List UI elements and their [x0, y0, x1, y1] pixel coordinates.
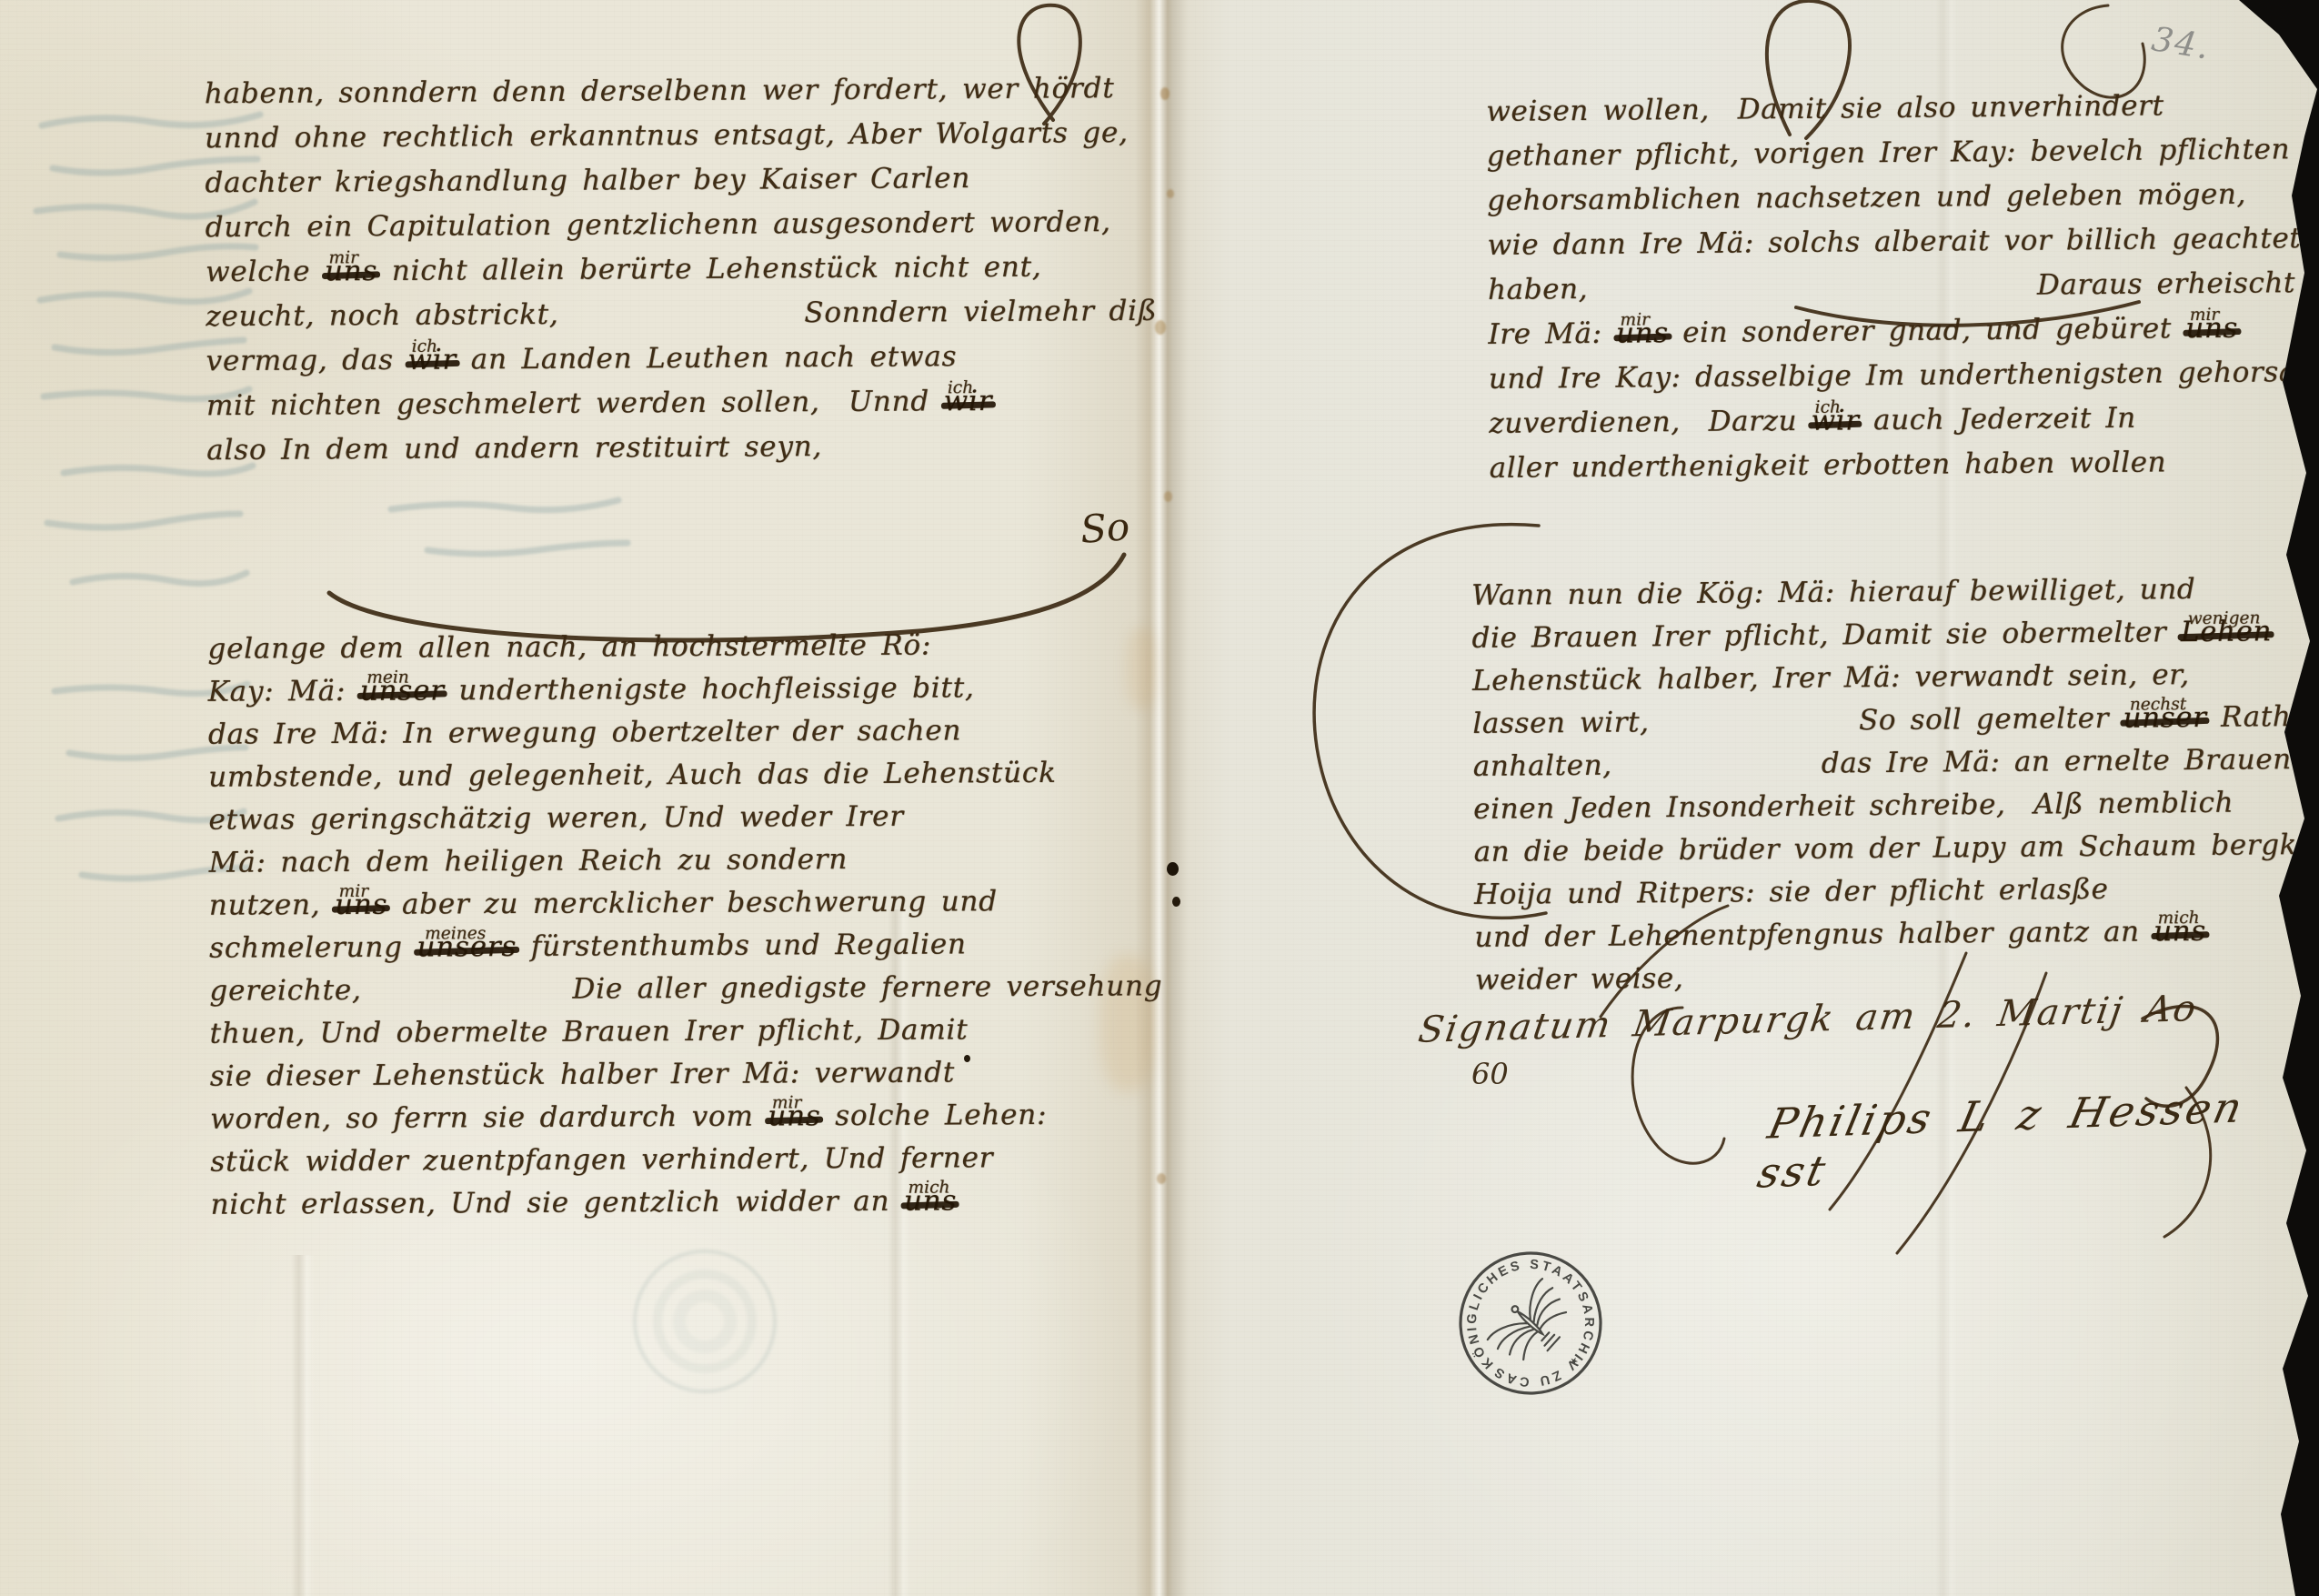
manuscript-line: einen Jeden Insonderheit schreibe, Alß n… [1473, 781, 2292, 831]
foxing-spot [1157, 1173, 1166, 1184]
manuscript-line: Mä: nach dem heiligen Reich zu sondern [209, 837, 1162, 884]
manuscript-text: sie dieser Lehenstück halber Irer Mä: ve… [210, 1051, 955, 1098]
manuscript-text: zeucht, noch abstrickt, [206, 293, 559, 339]
manuscript-text: das Ire Mä: an ernelte Brauen [1822, 738, 2292, 786]
inserted-word: ich [411, 325, 437, 369]
bleed-through-text [0, 0, 2319, 1596]
manuscript-text: thuen, Und obermelte Brauen Irer pflicht… [209, 1009, 968, 1055]
manuscript-text: dachter kriegshandlung halber bey Kaiser… [205, 156, 970, 206]
line-gap [559, 322, 805, 324]
svg-text:KÖNIGLICHES STAATSARCHIV ZU CA: KÖNIGLICHES STAATSARCHIV ZU CASSEL [1453, 1246, 1608, 1400]
line-gap [362, 999, 573, 999]
inserted-word: mir [2190, 293, 2220, 337]
strikethrough-word: uns [904, 1184, 957, 1217]
manuscript-text: haben, [1488, 267, 1588, 313]
manuscript-text: Sonndern vielmehr diß [804, 289, 1157, 336]
strikethrough-correction: unsmir [768, 1095, 820, 1138]
strikethrough-word: uns [768, 1099, 820, 1132]
manuscript-text: etwas geringschätzig weren, Und weder Ir… [208, 796, 904, 842]
right-page-paragraph-1: weisen wollen, Damit sie also unverhinde… [1486, 83, 2297, 491]
manuscript-line: stück widder zuentpfangen verhindert, Un… [210, 1136, 1163, 1183]
manuscript-text: nicht erlassen, Und sie gentzlich widder… [210, 1180, 904, 1227]
manuscript-line: die Brauen Irer pflicht, Damit sie oberm… [1471, 610, 2290, 660]
ghost-stamp [627, 1244, 782, 1399]
vertical-crease [1935, 0, 1959, 1596]
manuscript-line: zuverdienen, Darzu wirich auch Jederzeit… [1489, 395, 2296, 447]
manuscript-text: umbstende, und gelegenheit, Auch das die… [208, 752, 1057, 799]
foxing-spot [1167, 189, 1174, 198]
manuscript-text: wie dann Ire Mä: solchs alberait vor bil… [1487, 216, 2301, 268]
vertical-crease [888, 909, 911, 1596]
strikethrough-correction: wirich [407, 338, 457, 383]
manuscript-text: Kay: Mä: [208, 670, 360, 714]
right-page-paragraph-2: Wann nun die Kög: Mä: hierauf bewilliget… [1471, 567, 2294, 1002]
manuscript-line: Kay: Mä: unsermein underthenigste hochfl… [208, 666, 1161, 713]
manuscript-text: und der Lehenentpfengnus halber gantz an [1474, 910, 2153, 959]
manuscript-text: nutzen, [209, 884, 335, 928]
manuscript-text: aber zu mercklicher beschwerung und [387, 880, 998, 927]
strikethrough-word: uns [2185, 312, 2238, 346]
manuscript-text: durch ein Capitulation gentzlichenn ausg… [206, 200, 1111, 250]
manuscript-text: vermag, das [206, 338, 407, 384]
strikethrough-correction: wirich [1811, 398, 1860, 443]
manuscript-text: Ire Mä: [1488, 312, 1616, 357]
strikethrough-word: unser [2123, 701, 2206, 735]
manuscript-text: So soll gemelter [1859, 698, 2123, 743]
left-page-paragraph-2: gelange dem allen nach, an hochstermelte… [207, 623, 1163, 1226]
manuscript-text: zuverdienen, Darzu [1489, 399, 1812, 447]
stain [1126, 627, 1157, 709]
manuscript-line: nicht erlassen, Und sie gentzlich widder… [210, 1179, 1163, 1226]
strikethrough-correction: unsmir [2185, 306, 2238, 352]
manuscript-line: an die beide brüder vom der Lupy am Scha… [1473, 824, 2292, 874]
manuscript-text: solche Lehen: [820, 1094, 1047, 1138]
manuscript-text: die Brauen Irer pflicht, Damit sie oberm… [1471, 611, 2181, 660]
manuscript-text: Wann nun die Kög: Mä: hierauf bewilliget… [1471, 568, 2196, 617]
manuscript-text: aller underthenigkeit erbotten haben wol… [1490, 440, 2167, 490]
inserted-word: mir [772, 1081, 802, 1124]
manuscript-text: an Landen Leuthen nach etwas [457, 335, 958, 382]
strikethrough-word: wir [944, 385, 993, 417]
manuscript-line: mit nichten geschmelert werden sollen, U… [206, 378, 1158, 428]
manuscript-line: und der Lehenentpfengnus halber gantz an… [1474, 909, 2293, 959]
manuscript-line: das Ire Mä: In erwegung obertzelter der … [208, 708, 1161, 756]
manuscript-line: gereichte,Die aller gnedigste fernere ve… [209, 965, 1162, 1012]
manuscript-line: gelange dem allen nach, an hochstermelte… [207, 623, 1160, 670]
manuscript-text: ein sonderer gnad, und gebüret [1668, 306, 2185, 356]
inserted-word: wenigen [2188, 597, 2261, 640]
strikethrough-word: uns [325, 255, 377, 287]
manuscript-line: gehorsamblichen nachsetzen und geleben m… [1487, 172, 2294, 224]
page-number: 34. [2149, 19, 2214, 67]
manuscript-text: nicht allein berürte Lehenstück nicht en… [377, 246, 1042, 294]
inserted-word: mein [366, 657, 409, 699]
strikethrough-word: wir [1811, 404, 1859, 437]
strikethrough-correction: unsmich [2153, 910, 2206, 954]
strikethrough-word: uns [1616, 316, 1669, 350]
manuscript-line: welche unsmir nicht allein berürte Lehen… [206, 245, 1157, 295]
center-fold-crease [1135, 0, 1188, 1596]
manuscript-line: nutzen, unsmir aber zu mercklicher besch… [209, 879, 1162, 927]
strikethrough-correction: unsmir [1616, 311, 1669, 356]
foxing-spot [1155, 320, 1166, 335]
manuscript-line: weisen wollen, Damit sie also unverhinde… [1486, 83, 2294, 135]
strikethrough-correction: Lehenwenigen [2181, 610, 2273, 654]
manuscript-line: haben,Daraus erheischt [1488, 261, 2295, 313]
manuscript-line: zeucht, noch abstrickt,Sonndern vielmehr… [206, 289, 1157, 339]
manuscript-text: Daraus erheischt [2037, 261, 2295, 307]
manuscript-line: worden, so ferrn sie dardurch vom unsmir… [210, 1093, 1163, 1140]
manuscript-text: gereichte, [209, 969, 362, 1013]
manuscript-line: also In dem und andern restituirt seyn, [206, 423, 1158, 473]
strikethrough-correction: unsersmeines [417, 926, 517, 969]
foxing-spot [1164, 491, 1172, 502]
scanned-manuscript-spread: habenn, sonndern denn derselbenn wer for… [0, 0, 2319, 1596]
stamp-star-icon: ★ [1567, 1354, 1581, 1369]
manuscript-text: und Ire Kay: dasselbige Im underthenigst… [1489, 350, 2319, 402]
manuscript-text: worden, so ferrn sie dardurch vom [210, 1096, 768, 1141]
manuscript-text: underthenigste hochfleissige bitt, [445, 667, 975, 712]
catchword-so: So [1079, 504, 1130, 552]
strikethrough-word: unsers [417, 930, 517, 964]
line-gap [1612, 773, 1822, 775]
manuscript-line: Lehenstück halber, Irer Mä: verwandt sei… [1472, 653, 2291, 703]
strikethrough-correction: wirich [943, 379, 992, 424]
inserted-word: meines [425, 912, 486, 955]
strikethrough-correction: unsermein [360, 669, 445, 712]
stain [1100, 955, 1155, 1091]
manuscript-text: Mä: nach dem heiligen Reich zu sondern [209, 838, 848, 885]
manuscript-line: und Ire Kay: dasselbige Im underthenigst… [1489, 350, 2296, 402]
manuscript-line: dachter kriegshandlung halber bey Kaiser… [205, 156, 1156, 206]
strikethrough-correction: unsmich [904, 1179, 957, 1222]
inserted-word: mir [328, 236, 358, 280]
strikethrough-correction: unsmir [335, 884, 387, 927]
strikethrough-word: uns [2153, 915, 2206, 949]
manuscript-text: anhalten, [1473, 745, 1612, 788]
manuscript-text: lassen wirt, [1472, 701, 1650, 746]
manuscript-line: anhalten,das Ire Mä: an ernelte Brauen [1473, 738, 2292, 788]
signature: Philips L z Hessen sst [1753, 1079, 2319, 1197]
stamp-text: KÖNIGLICHES STAATSARCHIV ZU CASSEL [1453, 1246, 1608, 1400]
line-gap [1588, 295, 2037, 298]
manuscript-text: Rath [2206, 696, 2291, 739]
manuscript-text: fürstenthumbs und Regalien [517, 923, 967, 969]
manuscript-line: Wann nun die Kög: Mä: hierauf bewilliget… [1471, 567, 2290, 617]
inserted-word: mir [1620, 297, 1650, 342]
wormhole [1167, 862, 1179, 876]
line-gap [1650, 729, 1859, 731]
manuscript-line: schmelerung unsersmeines fürstenthumbs u… [209, 922, 1162, 969]
manuscript-text: mit nichten geschmelert werden sollen, U… [206, 379, 944, 428]
manuscript-text: auch Jederzeit In [1859, 396, 2136, 444]
manuscript-line: Hoija und Ritpers: sie der pflicht erlas… [1474, 867, 2293, 917]
inserted-word: mich [908, 1167, 949, 1210]
inserted-word: mir [338, 870, 368, 913]
manuscript-line: durch ein Capitulation gentzlichenn ausg… [206, 200, 1157, 250]
manuscript-line: unnd ohne rechtlich erkanntnus entsagt, … [205, 111, 1156, 161]
manuscript-text: an die beide brüder vom der Lupy am Scha… [1473, 824, 2297, 874]
manuscript-line: sie dieser Lehenstück halber Irer Mä: ve… [210, 1050, 1163, 1098]
manuscript-line: Ire Mä: unsmir ein sonderer gnad, und ge… [1488, 306, 2295, 357]
vertical-crease [291, 1255, 315, 1596]
wormhole [1172, 897, 1180, 907]
stamp-eagle-icon [1485, 1277, 1581, 1374]
year-number: 60 [1471, 1057, 1509, 1091]
manuscript-text: einen Jeden Insonderheit schreibe, Alß n… [1473, 782, 2234, 831]
manuscript-text: habenn, sonndern denn derselbenn wer for… [205, 66, 1115, 116]
inserted-word: ich [1814, 386, 1841, 430]
manuscript-text: weisen wollen, Damit sie also unverhinde… [1486, 84, 2164, 135]
manuscript-text: gehorsamblichen nachsetzen und geleben m… [1487, 173, 2246, 224]
manuscript-text: Lehenstück halber, Irer Mä: verwandt sei… [1472, 654, 2190, 703]
manuscript-text: Die aller gnedigste fernere versehung [572, 965, 1162, 1010]
strikethrough-correction: unsmir [325, 249, 378, 294]
manuscript-line: aller underthenigkeit erbotten haben wol… [1490, 439, 2297, 491]
inserted-word: mich [2157, 897, 2199, 939]
manuscript-text: das Ire Mä: In erwegung obertzelter der … [208, 709, 962, 756]
manuscript-text: also In dem und andern restituirt seyn, [206, 425, 822, 473]
manuscript-line: vermag, das wirich an Landen Leuthen nac… [206, 334, 1157, 384]
manuscript-text: Hoija und Ritpers: sie der pflicht erlas… [1474, 868, 2109, 917]
manuscript-line: habenn, sonndern denn derselbenn wer for… [205, 66, 1156, 116]
inserted-word: ich [948, 366, 974, 410]
manuscript-line: umbstende, und gelegenheit, Auch das die… [208, 751, 1161, 798]
manuscript-line: lassen wirt,So soll gemelter unsernechst… [1472, 696, 2291, 746]
strikethrough-word: wir [407, 344, 457, 376]
inserted-word: nechst [2130, 683, 2187, 727]
strikethrough-word: unser [360, 674, 445, 707]
dateline: Signatum Marpurgk am 2. Martij Ao [1416, 988, 2201, 1051]
manuscript-line: wie dann Ire Mä: solchs alberait vor bil… [1487, 216, 2294, 268]
manuscript-text: weider weise, [1475, 958, 1684, 1002]
paper-sheet: habenn, sonndern denn derselbenn wer for… [0, 0, 2319, 1596]
foxing-spot [1160, 87, 1170, 100]
manuscript-text: welche [206, 249, 325, 295]
strikethrough-word: Lehen [2181, 615, 2273, 648]
manuscript-line: thuen, Und obermelte Brauen Irer pflicht… [209, 1008, 1162, 1055]
manuscript-text: unnd ohne rechtlich erkanntnus entsagt, … [205, 111, 1129, 161]
left-page-paragraph-1: habenn, sonndern denn derselbenn wer for… [205, 66, 1159, 473]
manuscript-line: etwas geringschätzig weren, Und weder Ir… [208, 794, 1161, 841]
manuscript-text: schmelerung [209, 927, 417, 970]
manuscript-text: gethaner pflicht, vorigen Irer Kay: beve… [1487, 127, 2291, 179]
ink-speck [964, 1055, 970, 1062]
archive-stamp: KÖNIGLICHES STAATSARCHIV ZU CASSEL ★ [1453, 1246, 1608, 1400]
strikethrough-correction: unsernechst [2123, 697, 2206, 740]
manuscript-line: weider weise, [1475, 952, 2294, 1002]
strikethrough-word: uns [335, 888, 387, 921]
manuscript-text: stück widder zuentpfangen verhindert, Un… [210, 1137, 993, 1184]
manuscript-text: gelange dem allen nach, an hochstermelte… [207, 625, 931, 671]
pen-flourishes [0, 0, 2319, 1596]
manuscript-line: gethaner pflicht, vorigen Irer Kay: beve… [1487, 127, 2294, 179]
